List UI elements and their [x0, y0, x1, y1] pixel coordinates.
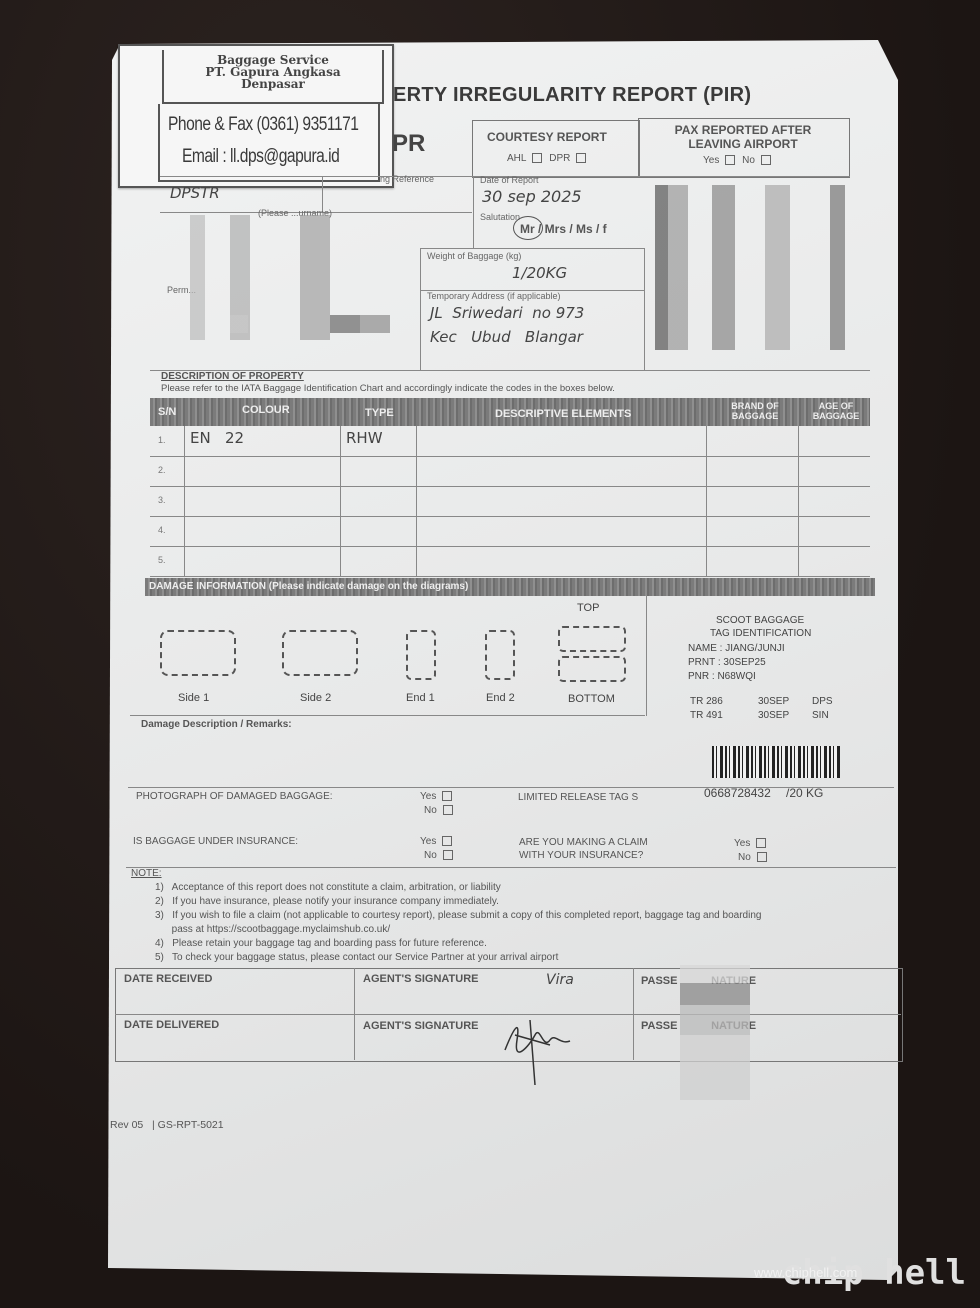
agent-signature-value: Vira: [546, 972, 574, 988]
tag-flight-date: 30SEP: [758, 710, 789, 721]
claim-question-line1: ARE YOU MAKING A CLAIM: [519, 836, 648, 849]
divider: [633, 968, 634, 1060]
bottom-diagram-icon[interactable]: [558, 656, 626, 682]
date-delivered-label: DATE DELIVERED: [124, 1019, 219, 1031]
redacted-contact: [640, 185, 865, 350]
property-instruction: Please refer to the IATA Baggage Identif…: [161, 383, 615, 394]
col-age: AGE OF BAGGAGE: [802, 401, 870, 421]
note-item: 1) Acceptance of this report does not co…: [155, 882, 501, 893]
insurance-no-label: No: [424, 850, 437, 861]
insurance-yes-label: Yes: [420, 836, 436, 847]
form-revision: Rev 05 | GS-RPT-5021: [110, 1119, 224, 1131]
divider: [706, 426, 707, 576]
claim-yes-label: Yes: [734, 838, 750, 849]
date-value: 30 sep 2025: [482, 187, 582, 206]
limited-release-tag-label: LIMITED RELEASE TAG S: [518, 792, 638, 803]
claim-question: ARE YOU MAKING A CLAIM WITH YOUR INSURAN…: [519, 836, 648, 862]
dpr-checkbox[interactable]: [576, 153, 586, 163]
salutation-circle: [513, 216, 543, 240]
temp-address-line2: Kec Ubud Blangar: [430, 328, 583, 346]
notes-title: NOTE:: [131, 868, 162, 879]
cell-age[interactable]: [804, 489, 868, 515]
claim-yes-checkbox[interactable]: [756, 838, 766, 848]
divider: [130, 715, 645, 716]
cell-desc[interactable]: [422, 459, 704, 485]
tag-title-2: TAG IDENTIFICATION: [710, 628, 811, 639]
divider: [184, 426, 185, 576]
col-descriptive: DESCRIPTIVE ELEMENTS: [495, 408, 631, 420]
col-sn: S/N: [158, 406, 176, 418]
claim-question-line2: WITH YOUR INSURANCE?: [519, 849, 648, 862]
col-type: TYPE: [365, 407, 394, 419]
cell-brand[interactable]: [712, 519, 796, 545]
pax-reported-label-2: LEAVING AIRPORT: [663, 137, 823, 151]
end2-label: End 2: [486, 692, 515, 704]
divider: [473, 176, 474, 248]
note-item: 5) To check your baggage status, please …: [155, 952, 558, 963]
photo-yes-label: Yes: [420, 791, 436, 802]
cell-age[interactable]: [804, 549, 868, 575]
divider: [340, 426, 341, 576]
photo-no-label: No: [424, 805, 437, 816]
cell-desc[interactable]: [422, 549, 704, 575]
cell-brand[interactable]: [712, 489, 796, 515]
cell-type[interactable]: [346, 549, 414, 575]
pax-no-option: No: [742, 155, 755, 166]
photo-question: PHOTOGRAPH OF DAMAGED BAGGAGE:: [136, 791, 333, 802]
temp-address-line1: JL Sriwedari no 973: [430, 304, 584, 322]
top-label: TOP: [577, 602, 599, 614]
end2-diagram-icon[interactable]: [485, 630, 515, 680]
divider: [420, 248, 421, 370]
damage-section-header: DAMAGE INFORMATION (Please indicate dama…: [145, 578, 875, 596]
divider: [420, 248, 645, 249]
cell-age[interactable]: [804, 429, 868, 455]
stamp-email: Email : ll.dps@gapura.id: [182, 146, 339, 168]
note-item: 2) If you have insurance, please notify …: [155, 896, 499, 907]
agent-signature-label-2: AGENT'S SIGNATURE: [363, 1020, 478, 1032]
cell-desc[interactable]: [422, 429, 704, 455]
pax-no-checkbox[interactable]: [761, 155, 771, 165]
cell-colour[interactable]: EN 22: [190, 429, 338, 455]
tag-flight-station: SIN: [812, 710, 829, 721]
cell-colour[interactable]: [190, 549, 338, 575]
insurance-yes-checkbox[interactable]: [442, 836, 452, 846]
tag-number: 0668728432: [704, 786, 771, 800]
divider: [646, 596, 647, 716]
tag-weight: /20 KG: [786, 786, 823, 800]
agent-signature-label-1: AGENT'S SIGNATURE: [363, 973, 478, 985]
tag-prnt: PRNT : 30SEP25: [688, 657, 766, 668]
pax-yes-checkbox[interactable]: [725, 155, 735, 165]
col-colour: COLOUR: [242, 404, 290, 416]
cell-colour[interactable]: [190, 519, 338, 545]
cell-colour[interactable]: [190, 489, 338, 515]
barcode: [712, 746, 840, 778]
claim-no-label: No: [738, 852, 751, 863]
date-received-label: DATE RECEIVED: [124, 973, 212, 985]
bottom-label: BOTTOM: [568, 693, 615, 705]
damage-section-title: DAMAGE INFORMATION (Please indicate dama…: [149, 581, 468, 592]
courtesy-report-label: COURTESY REPORT: [487, 130, 607, 144]
report-type-code: PR: [392, 130, 425, 158]
divider: [126, 867, 896, 868]
tag-flight-station: DPS: [812, 696, 833, 707]
cell-colour[interactable]: [190, 459, 338, 485]
cell-type[interactable]: [346, 489, 414, 515]
side1-label: Side 1: [178, 692, 209, 704]
date-label: Date of Report: [480, 175, 539, 185]
divider: [798, 426, 799, 576]
divider: [322, 176, 323, 212]
dpr-option: DPR: [549, 153, 570, 164]
tag-pnr: PNR : N68WQI: [688, 671, 756, 682]
stamp-line3: Denpasar: [164, 78, 382, 90]
tag-title-1: SCOOT BAGGAGE: [716, 615, 804, 626]
temp-address-label: Temporary Address (if applicable): [427, 291, 561, 301]
pax-yes-option: Yes: [703, 155, 719, 166]
tag-flight-flight: TR 491: [690, 710, 723, 721]
damage-remarks-label: Damage Description / Remarks:: [141, 719, 292, 730]
redacted-address: [230, 315, 390, 333]
top-diagram-icon[interactable]: [558, 626, 626, 652]
cell-brand[interactable]: [712, 549, 796, 575]
note-item[interactable]: pass at https://scootbaggage.myclaimshub…: [155, 924, 390, 935]
agent-signature-scribble: [495, 1005, 585, 1090]
divider: [128, 787, 894, 788]
stamp-phone: Phone & Fax (0361) 9351171: [168, 114, 358, 136]
tag-name: NAME : JIANG/JUNJI: [688, 643, 785, 654]
side2-diagram-icon[interactable]: [282, 630, 358, 676]
pax-reported-box: PAX REPORTED AFTER LEAVING AIRPORT Yes N…: [638, 118, 850, 178]
cell-type[interactable]: [346, 459, 414, 485]
reference-label: ng Reference: [380, 174, 434, 184]
note-item: 4) Please retain your baggage tag and bo…: [155, 938, 487, 949]
photo-yes-checkbox[interactable]: [442, 791, 452, 801]
property-section-title: DESCRIPTION OF PROPERTY: [161, 371, 304, 382]
end1-diagram-icon[interactable]: [406, 630, 436, 680]
weight-label: Weight of Baggage (kg): [427, 251, 521, 261]
weight-value: 1/20KG: [512, 264, 567, 282]
end1-label: End 1: [406, 692, 435, 704]
property-table-header: S/N COLOUR TYPE DESCRIPTIVE ELEMENTS BRA…: [150, 398, 870, 426]
courtesy-report-box: COURTESY REPORT AHL DPR: [472, 120, 640, 178]
station-value: DPSTR: [170, 184, 220, 202]
salutation-label: Salutation: [480, 212, 520, 222]
cell-desc[interactable]: [422, 519, 704, 545]
cell-type[interactable]: RHW: [346, 429, 414, 455]
baggage-service-stamp: Baggage Service PT. Gapura Angkasa Denpa…: [118, 44, 394, 188]
pax-reported-label-1: PAX REPORTED AFTER: [663, 123, 823, 137]
cell-brand[interactable]: [712, 459, 796, 485]
col-brand: BRAND OF BAGGAGE: [720, 401, 790, 421]
photo-no-checkbox[interactable]: [443, 805, 453, 815]
ahl-checkbox[interactable]: [532, 153, 542, 163]
insurance-question: IS BAGGAGE UNDER INSURANCE:: [133, 836, 298, 847]
side1-diagram-icon[interactable]: [160, 630, 236, 676]
divider: [416, 426, 417, 576]
cell-age[interactable]: [804, 459, 868, 485]
tag-flight-flight: TR 286: [690, 696, 723, 707]
claim-no-checkbox[interactable]: [757, 852, 767, 862]
cell-type[interactable]: [346, 519, 414, 545]
cell-age[interactable]: [804, 519, 868, 545]
note-item: 3) If you wish to file a claim (not appl…: [155, 910, 761, 921]
side2-label: Side 2: [300, 692, 331, 704]
cell-brand[interactable]: [712, 429, 796, 455]
watermark-site: www.chiphell.com: [754, 1265, 857, 1280]
divider: [354, 968, 355, 1060]
cell-desc[interactable]: [422, 489, 704, 515]
redacted-passenger-signature: [680, 965, 750, 1100]
ahl-option: AHL: [507, 153, 526, 164]
report-title: ERTY IRREGULARITY REPORT (PIR): [393, 84, 751, 107]
insurance-no-checkbox[interactable]: [443, 850, 453, 860]
tag-flight-date: 30SEP: [758, 696, 789, 707]
